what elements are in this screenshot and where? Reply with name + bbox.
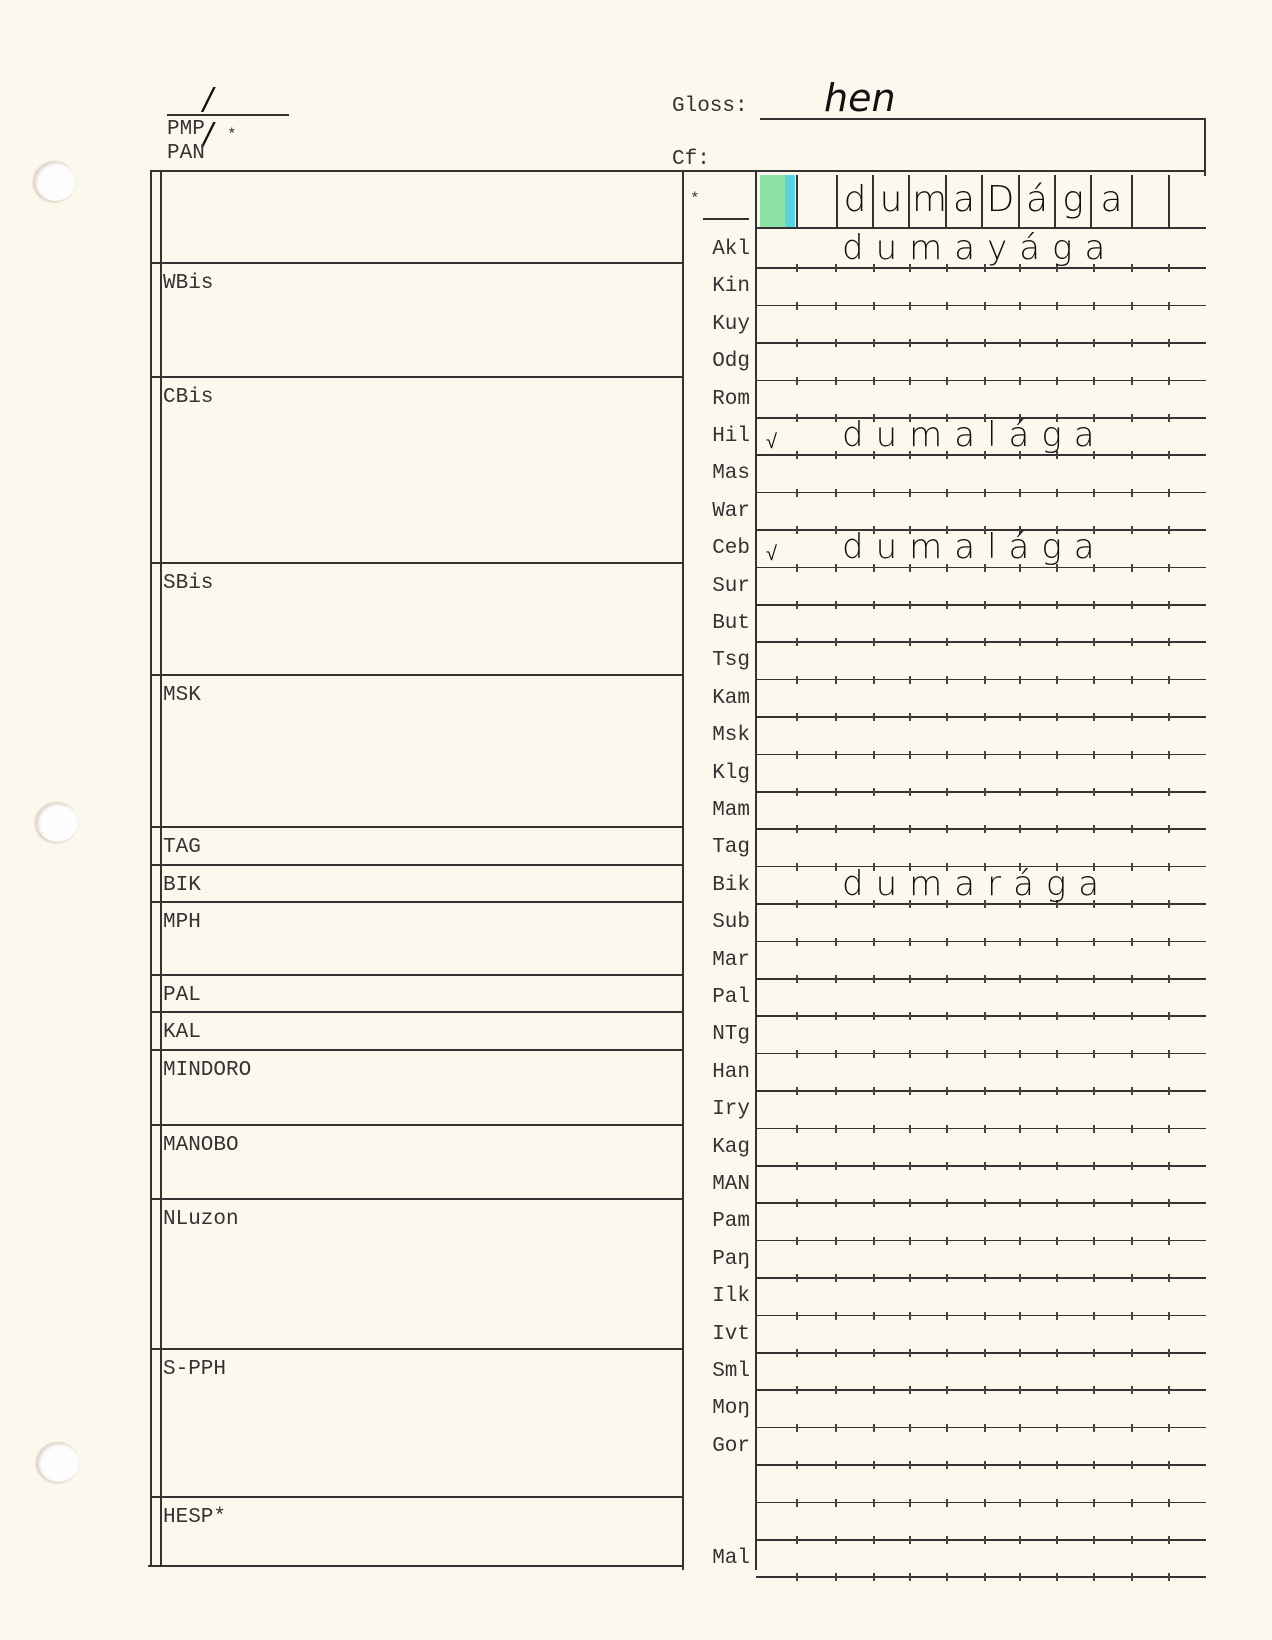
reconstruction-letter: á (1022, 179, 1052, 220)
language-form-row[interactable] (756, 342, 1206, 379)
reconstruction-letter: a (1094, 179, 1129, 220)
language-form-row[interactable] (756, 604, 1206, 641)
pmp-label: PMP (167, 118, 205, 141)
gloss-field[interactable]: hen (760, 80, 1206, 120)
reconstruction-letter: u (876, 179, 906, 220)
language-code: Sur (680, 575, 750, 598)
subgroup-label: CBis (163, 386, 213, 409)
binder-hole-bottom (37, 1442, 79, 1482)
language-form-row[interactable] (756, 978, 1206, 1015)
language-code: MAN (680, 1173, 750, 1196)
language-form-row[interactable] (756, 1240, 1206, 1277)
language-code: War (680, 500, 750, 523)
cognate-form: dumalága (842, 527, 1107, 567)
language-form-row[interactable] (756, 1202, 1206, 1239)
pmp-star: * (227, 126, 237, 144)
language-code: Mas (680, 462, 750, 485)
reconstruction-letter: D (985, 179, 1016, 220)
check-mark: √ (766, 541, 777, 566)
language-form-row[interactable] (756, 1128, 1206, 1165)
language-code: Iry (680, 1098, 750, 1121)
language-form-row[interactable] (756, 567, 1206, 604)
language-code: Sml (680, 1360, 750, 1383)
language-form-row[interactable] (756, 454, 1206, 491)
language-code: Bik (680, 874, 750, 897)
language-form-row[interactable] (756, 267, 1206, 304)
reconstruction-letter: g (1058, 179, 1088, 220)
binder-hole-top (34, 161, 76, 201)
language-form-row[interactable] (756, 305, 1206, 342)
language-code: Paŋ (680, 1248, 750, 1271)
language-form-row[interactable] (756, 1315, 1206, 1352)
language-form-row[interactable] (756, 828, 1206, 865)
language-form-row[interactable] (756, 1015, 1206, 1052)
gloss-value: hen (824, 76, 896, 120)
language-code: Msk (680, 724, 750, 747)
subgroup-label: S-PPH (163, 1358, 226, 1381)
language-form-row[interactable] (756, 1427, 1206, 1464)
language-form-row[interactable] (756, 791, 1206, 828)
highlight-blue (785, 175, 795, 227)
language-code: Odg (680, 350, 750, 373)
language-code: Klg (680, 762, 750, 785)
cognate-form: dumalága (842, 415, 1107, 455)
table-bottom-border (148, 1565, 684, 1567)
language-code: Kin (680, 275, 750, 298)
language-code: Ceb (680, 537, 750, 560)
language-code: Moŋ (680, 1397, 750, 1420)
gloss-label: Gloss: (672, 95, 748, 118)
language-form-row[interactable] (756, 716, 1206, 753)
language-form-row[interactable] (756, 754, 1206, 791)
date-field: / / (167, 82, 289, 116)
language-code: But (680, 612, 750, 635)
binder-hole-middle (36, 802, 78, 842)
language-form-row[interactable] (756, 1090, 1206, 1127)
reconstruction-letter: m (912, 179, 943, 220)
cognate-form: dumarága (842, 864, 1111, 904)
subgroup-label: PAL (163, 984, 201, 1007)
language-code: Kuy (680, 313, 750, 336)
language-form-row[interactable] (756, 1165, 1206, 1202)
language-code: Mar (680, 949, 750, 972)
language-form-row[interactable] (756, 1053, 1206, 1090)
language-form-row[interactable] (756, 903, 1206, 940)
outer-left-border (150, 170, 152, 1566)
subgroup-label: MANOBO (163, 1134, 239, 1157)
language-form-row[interactable] (756, 679, 1206, 716)
language-form-row[interactable] (756, 641, 1206, 678)
language-form-row[interactable] (756, 1277, 1206, 1314)
proto-star: * (690, 190, 700, 208)
pan-label: PAN (167, 142, 205, 165)
language-code: Tsg (680, 649, 750, 672)
subgroup-label: WBis (163, 272, 213, 295)
language-code: Han (680, 1061, 750, 1084)
subgroup-label: BIK (163, 874, 201, 897)
highlight-green (760, 175, 786, 227)
language-code: Kag (680, 1136, 750, 1159)
language-code: Pal (680, 986, 750, 1009)
language-code: Ivt (680, 1323, 750, 1346)
check-mark: √ (766, 429, 777, 454)
reconstruction-letter: a (949, 179, 979, 220)
language-code: Hil (680, 425, 750, 448)
subgroup-label: TAG (163, 836, 201, 859)
language-form-row[interactable] (756, 1464, 1206, 1501)
subgroup-label: MINDORO (163, 1059, 251, 1082)
language-form-row[interactable] (756, 492, 1206, 529)
subgroup-label: SBis (163, 572, 213, 595)
language-code: Pam (680, 1210, 750, 1233)
language-form-row[interactable] (756, 380, 1206, 417)
language-code: Mal (680, 1547, 750, 1570)
language-code: NTg (680, 1023, 750, 1046)
language-code: Sub (680, 911, 750, 934)
subgroup-label: KAL (163, 1021, 201, 1044)
reconstruction-letter: d (840, 179, 870, 220)
language-code: Tag (680, 836, 750, 859)
cognate-form: dumayága (842, 228, 1117, 268)
subgroup-label: HESP* (163, 1506, 226, 1529)
language-code: Ilk (680, 1285, 750, 1308)
subgroup-label: MPH (163, 911, 201, 934)
language-code: Rom (680, 388, 750, 411)
table-top-border (150, 170, 1206, 172)
subgroup-label: NLuzon (163, 1208, 239, 1231)
language-form-row[interactable] (756, 1389, 1206, 1426)
language-code: Kam (680, 687, 750, 710)
subgroup-label: MSK (163, 684, 201, 707)
language-code: Gor (680, 1435, 750, 1458)
language-code: Akl (680, 238, 750, 261)
date-slashes: / / (203, 82, 289, 152)
language-form-row[interactable] (756, 1352, 1206, 1389)
language-form-row[interactable] (756, 1502, 1206, 1539)
language-code: Mam (680, 799, 750, 822)
language-form-row[interactable] (756, 1539, 1206, 1576)
language-form-row[interactable] (756, 941, 1206, 978)
cf-label: Cf: (672, 148, 710, 171)
